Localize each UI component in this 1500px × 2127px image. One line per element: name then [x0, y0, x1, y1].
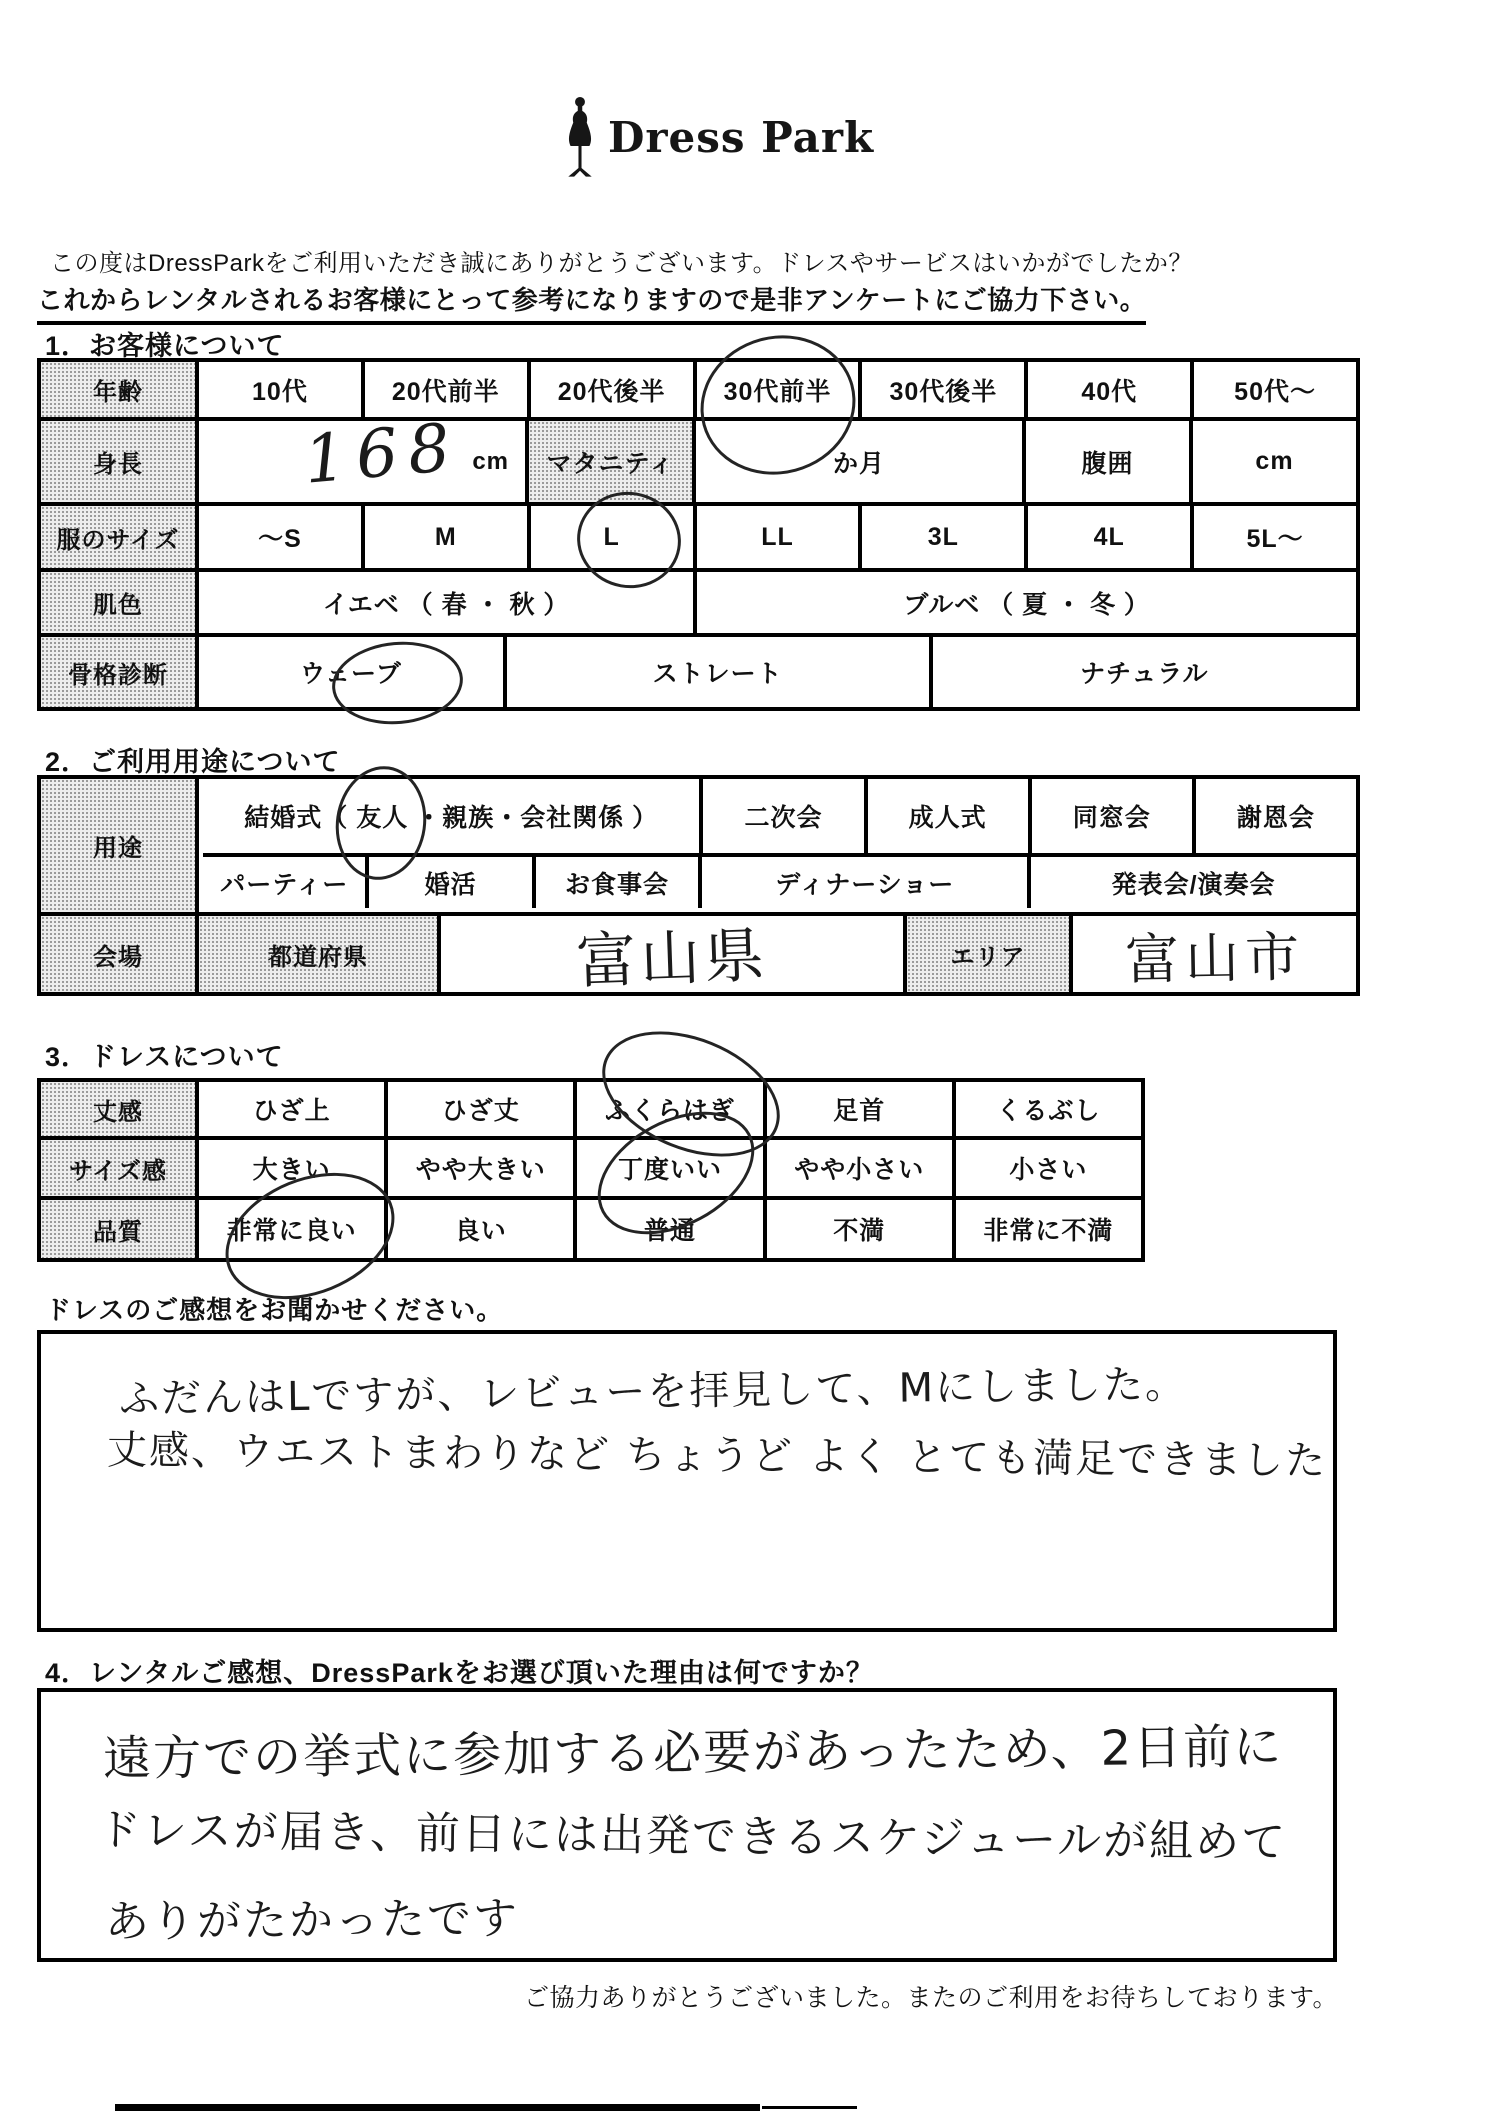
intro-line2: これからレンタルされるお客様にとって参考になりますので是非アンケートにご協力下さ…	[37, 280, 1146, 325]
purpose-option: お食事会	[536, 857, 702, 908]
dress-table: 丈感 ひざ上 ひざ丈 ふくらはぎ 足首 くるぶし サイズ感 大きい やや大きい …	[37, 1078, 1145, 1262]
handwritten-dress-comment: ふだんはLですが、レビューを拝見して、Mにしました。	[119, 1353, 1188, 1425]
age-row-label: 年齢	[41, 362, 199, 417]
fit-row: サイズ感 大きい やや大きい 丁度いい やや小さい 小さい	[41, 1140, 1141, 1200]
quality-option: 良い	[388, 1200, 577, 1258]
purpose-option: ディナーショー	[702, 857, 1031, 908]
venue-table: 会場 都道府県 富山県 エリア 富山市	[37, 912, 1360, 996]
quality-option: 非常に不満	[956, 1200, 1141, 1258]
age-row: 年齢 10代 20代前半 20代後半 30代前半 30代後半 40代 50代～	[41, 362, 1356, 421]
purpose-option: 同窓会	[1032, 779, 1196, 853]
reason-comment-box: 遠方での挙式に参加する必要があったため、2日前に ドレスが届き、前日には出発でき…	[37, 1688, 1337, 1962]
handwritten-reason: ありがたかったです	[105, 1882, 520, 1950]
waist-unit-cell: cm	[1193, 421, 1356, 502]
length-option: 足首	[767, 1082, 956, 1136]
scanned-survey-page: Dress Park この度はDressParkをご利用いただき誠にありがとうご…	[0, 0, 1500, 2127]
length-row: 丈感 ひざ上 ひざ丈 ふくらはぎ 足首 くるぶし	[41, 1082, 1141, 1140]
prefecture-value-cell: 富山県	[441, 916, 907, 992]
height-unit: cm	[472, 448, 509, 476]
footer-thanks: ご協力ありがとうございました。またのご利用をお待ちしております。	[524, 1978, 1338, 2014]
purpose-option: 二次会	[703, 779, 867, 853]
intro-line1: この度はDressParkをご利用いただき誠にありがとうございます。ドレスやサー…	[50, 243, 1193, 278]
handwritten-prefecture: 富山県	[575, 908, 770, 1001]
handwritten-area: 富山市	[1124, 914, 1305, 994]
skin-option: ブルベ （ 夏 ・ 冬 ）	[697, 572, 1356, 633]
quality-option: 不満	[767, 1200, 956, 1258]
customer-table: 年齢 10代 20代前半 20代後半 30代前半 30代後半 40代 50代～ …	[37, 358, 1360, 711]
size-row: 服のサイズ ～S M L LL 3L 4L 5L～	[41, 506, 1356, 572]
section3-heading: 3．ドレスについて	[45, 1035, 284, 1074]
fit-option: 小さい	[956, 1140, 1141, 1196]
scan-artifact-line	[762, 2106, 857, 2109]
size-option: M	[365, 506, 531, 568]
scan-artifact-line	[115, 2104, 760, 2111]
size-option: ～S	[199, 506, 365, 568]
skeleton-option: ストレート	[507, 637, 933, 707]
handwritten-height: 168	[301, 408, 463, 498]
size-option: 5L～	[1194, 506, 1356, 568]
height-row-label: 身長	[41, 421, 199, 502]
skeleton-row-label: 骨格診断	[41, 637, 199, 707]
age-option: 30代後半	[862, 362, 1028, 417]
size-row-label: 服のサイズ	[41, 506, 199, 568]
fit-option: やや大きい	[388, 1140, 577, 1196]
length-option: ひざ丈	[388, 1082, 577, 1136]
length-row-label: 丈感	[41, 1082, 199, 1136]
age-option: 50代～	[1194, 362, 1356, 417]
section4-heading: 4．レンタルご感想、DressParkをお選び頂いた理由は何ですか？	[45, 1651, 874, 1690]
fit-row-label: サイズ感	[41, 1140, 199, 1196]
handwritten-reason: 遠方での挙式に参加する必要があったため、2日前に	[103, 1708, 1284, 1789]
dress-form-icon	[562, 96, 598, 178]
skeleton-option: ナチュラル	[933, 637, 1356, 707]
usage-table: 用途 結婚式（ 友人 ・親族・会社関係 ） 二次会 成人式 同窓会 謝恩会 パー…	[37, 775, 1360, 916]
purpose-option: 発表会/演奏会	[1031, 857, 1356, 908]
area-label: エリア	[907, 916, 1073, 992]
quality-row: 品質 非常に良い 良い 普通 不満 非常に不満	[41, 1200, 1141, 1258]
fit-option: やや小さい	[767, 1140, 956, 1196]
age-option: 40代	[1028, 362, 1194, 417]
logo: Dress Park	[562, 96, 874, 178]
size-option: 3L	[862, 506, 1028, 568]
purpose-row-label: 用途	[41, 779, 199, 912]
handwritten-dress-comment: 丈感、ウエストまわりなど ちょうど よく とても満足できました	[107, 1419, 1328, 1487]
age-option: 20代後半	[531, 362, 697, 417]
purpose-option-wedding: 結婚式（ 友人 ・親族・会社関係 ）	[203, 779, 703, 853]
skin-row: 肌色 イエベ （ 春 ・ 秋 ） ブルベ （ 夏 ・ 冬 ）	[41, 572, 1356, 637]
venue-row-label: 会場	[41, 916, 199, 992]
quality-row-label: 品質	[41, 1200, 199, 1258]
height-row: 身長 168 cm マタニティ か月 腹囲 cm	[41, 421, 1356, 506]
size-option: LL	[697, 506, 863, 568]
purpose-option: 成人式	[868, 779, 1032, 853]
area-value-cell: 富山市	[1073, 916, 1356, 992]
purpose-option: 謝恩会	[1196, 779, 1356, 853]
handwritten-reason: ドレスが届き、前日には出発できるスケジュールが組めて	[97, 1794, 1288, 1870]
length-option: くるぶし	[956, 1082, 1141, 1136]
venue-row: 会場 都道府県 富山県 エリア 富山市	[41, 916, 1356, 992]
waist-cell: 腹囲	[1026, 421, 1193, 502]
section2-heading: 2．ご利用用途について	[45, 740, 340, 779]
maternity-cell: マタニティ	[529, 421, 696, 502]
skeleton-row: 骨格診断 ウェーブ ストレート ナチュラル	[41, 637, 1356, 707]
size-option: 4L	[1028, 506, 1194, 568]
dress-comment-box: ふだんはLですが、レビューを拝見して、Mにしました。 丈感、ウエストまわりなど …	[37, 1330, 1337, 1632]
skin-row-label: 肌色	[41, 572, 199, 633]
brand-name: Dress Park	[608, 113, 874, 162]
age-option: 10代	[199, 362, 365, 417]
length-option: ひざ上	[199, 1082, 388, 1136]
purpose-option: パーティー	[203, 857, 369, 908]
prefecture-label: 都道府県	[199, 916, 441, 992]
height-value-cell: 168 cm	[199, 421, 529, 502]
